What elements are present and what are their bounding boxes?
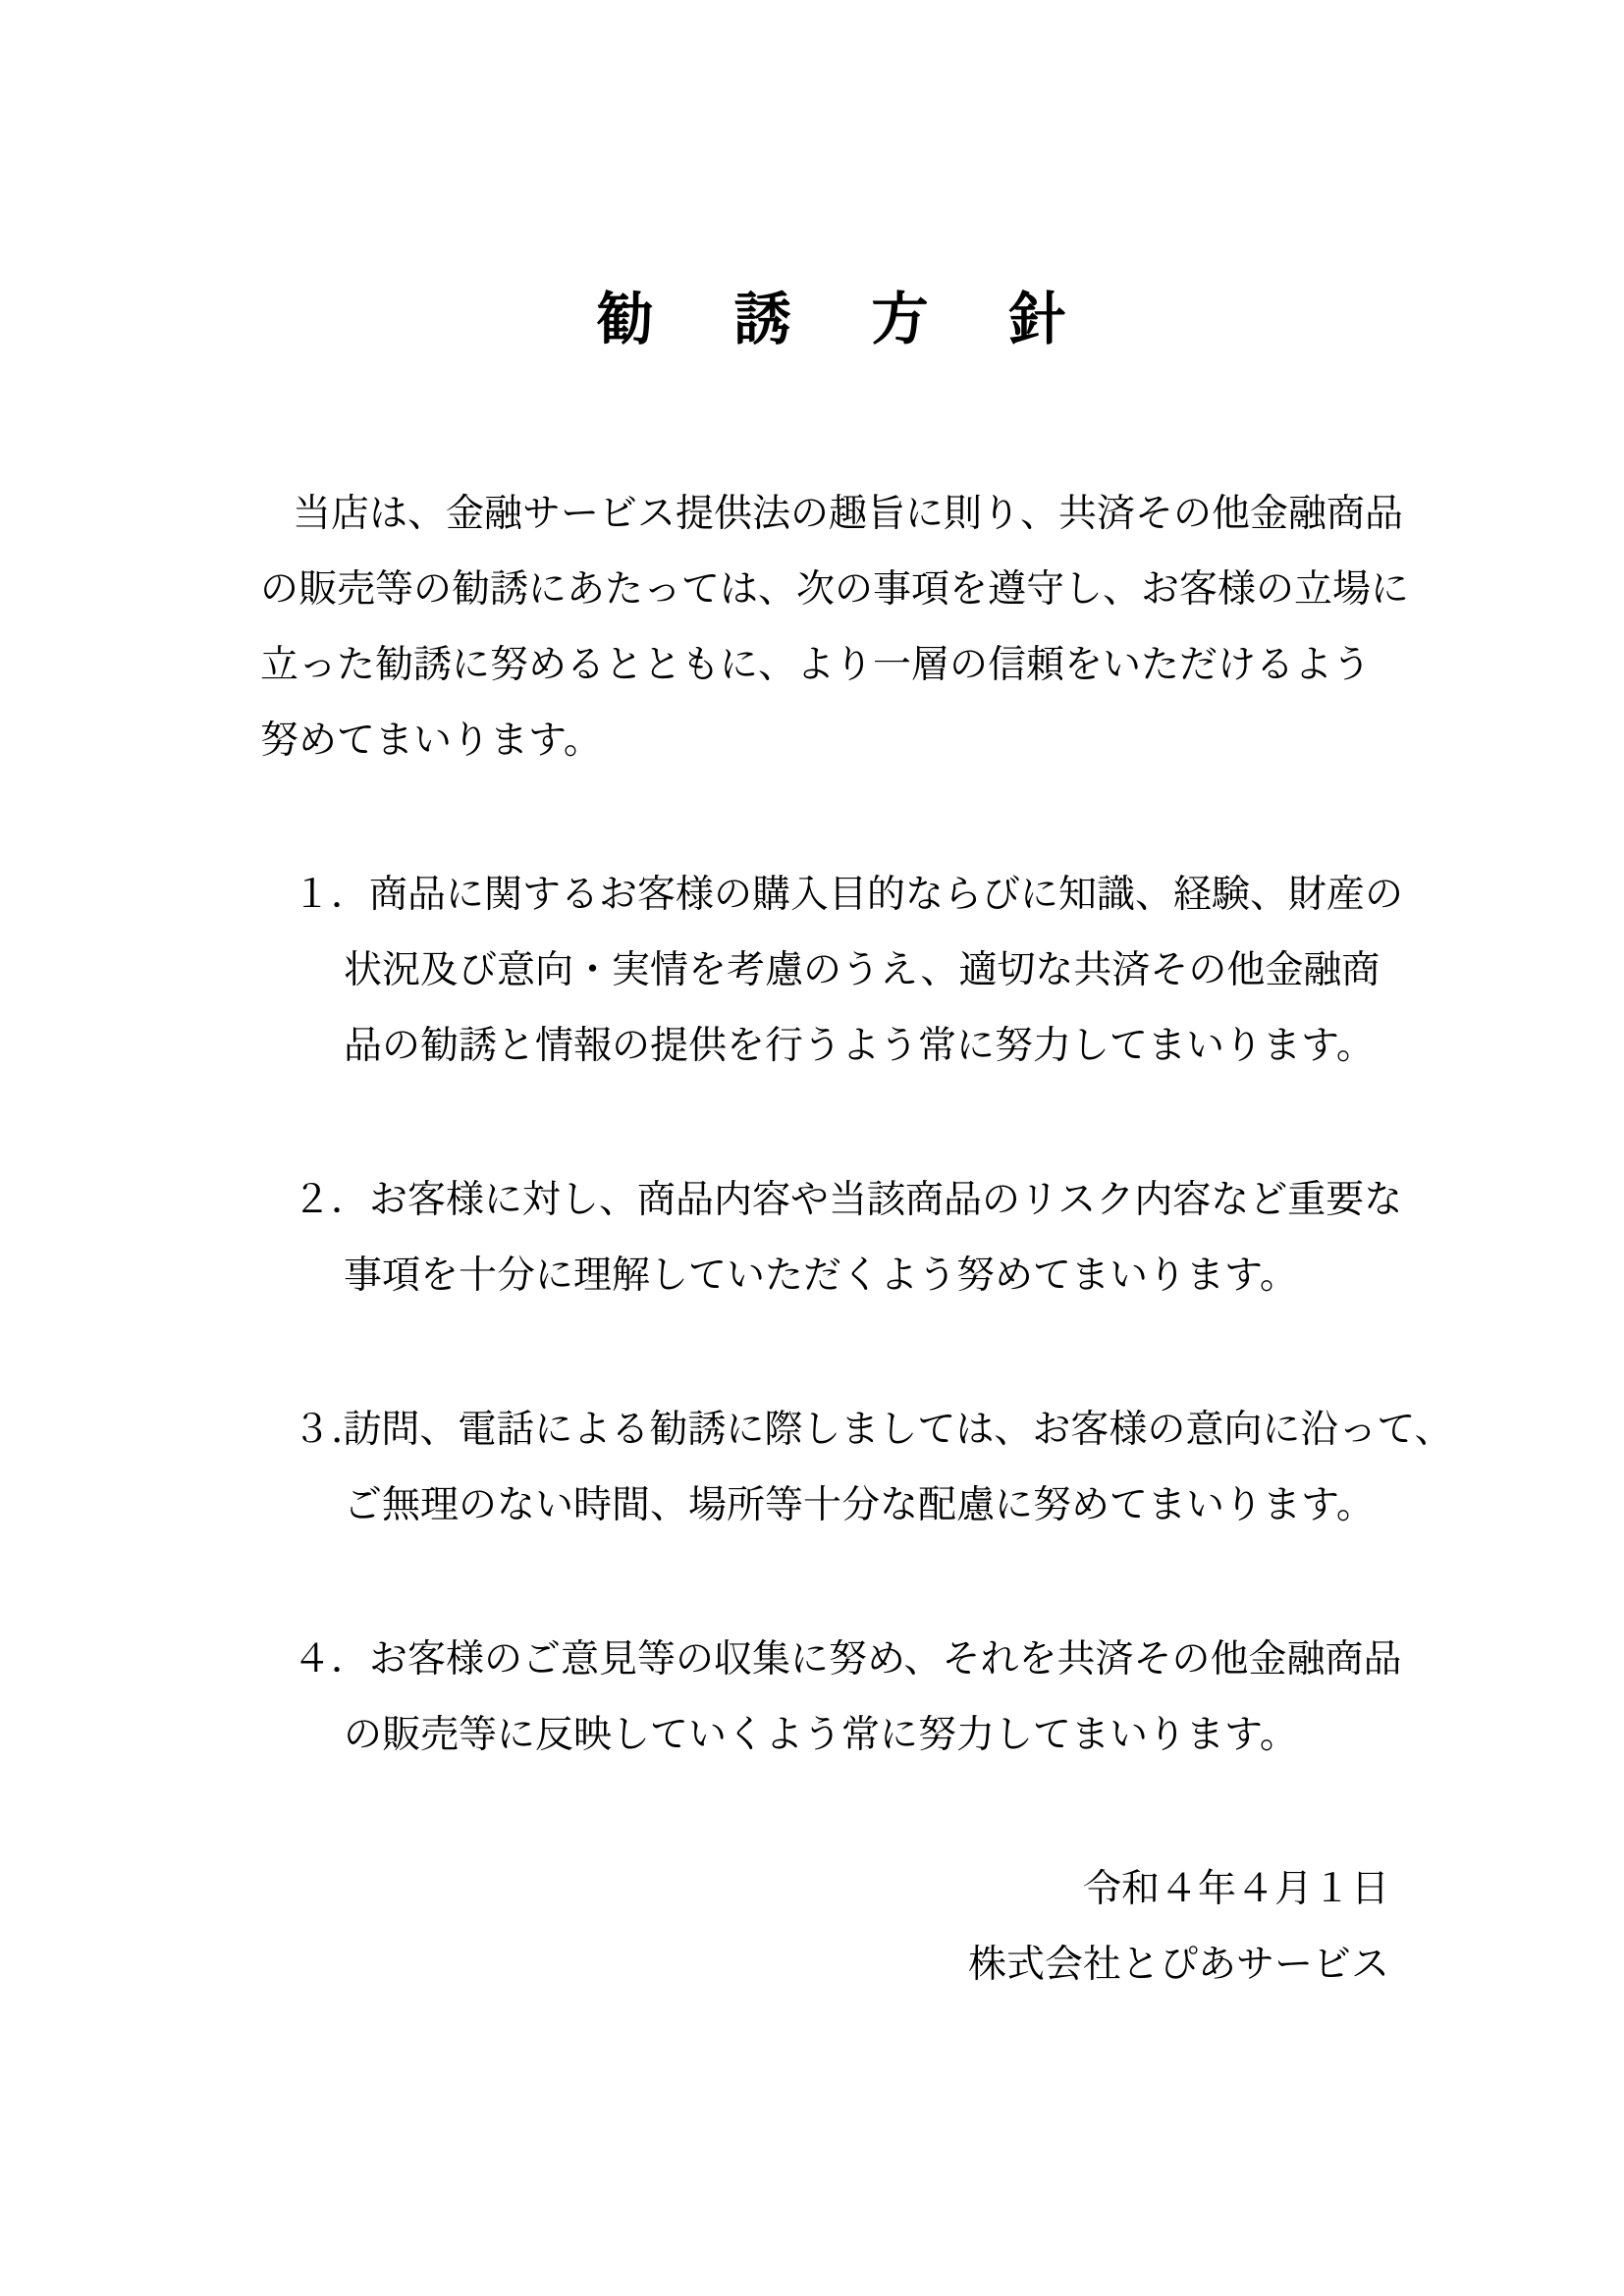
intro-line-2: の販売等の勧誘にあたっては、次の事項を遵守し、お客様の立場に [260, 552, 1414, 627]
policy-item-4: ４．お客様のご意見等の収集に努め、それを共済その他金融商品 の販売等に反映してい… [260, 1622, 1414, 1773]
document-page: 勧 誘 方 針 当店は、金融サービス提供法の趣旨に則り、共済その他金融商品 の販… [0, 0, 1624, 2296]
policy-item-2: ２．お客様に対し、商品内容や当該商品のリスク内容など重要な 事項を十分に理解して… [260, 1162, 1414, 1313]
policy-item-3: ３.訪問、電話による勧誘に際しましては、お客様の意向に沿って、 ご無理のない時間… [260, 1392, 1414, 1543]
intro-paragraph: 当店は、金融サービス提供法の趣旨に則り、共済その他金融商品 の販売等の勧誘にあた… [260, 476, 1414, 778]
item-3-line-1: ３.訪問、電話による勧誘に際しましては、お客様の意向に沿って、 [344, 1392, 1414, 1468]
item-4-line-1: ４．お客様のご意見等の収集に努め、それを共済その他金融商品 [344, 1622, 1414, 1697]
intro-line-3: 立った勧誘に努めるとともに、より一層の信頼をいただけるよう [260, 627, 1414, 703]
item-3-text: 訪問、電話による勧誘に際しましては、お客様の意向に沿って、 [343, 1408, 1452, 1452]
item-4-text: お客様のご意見等の収集に努め、それを共済その他金融商品 [369, 1637, 1401, 1682]
item-4-number: ４． [293, 1637, 369, 1682]
item-2-line-2: 事項を十分に理解していただくよう努めてまいります。 [344, 1238, 1414, 1313]
intro-line-1: 当店は、金融サービス提供法の趣旨に則り、共済その他金融商品 [260, 476, 1414, 552]
item-2-line-1: ２．お客様に対し、商品内容や当該商品のリスク内容など重要な [344, 1162, 1414, 1238]
item-1-line-3: 品の勧誘と情報の提供を行うよう常に努力してまいります。 [344, 1008, 1414, 1084]
signature-block: 令和４年４月１日 株式会社とぴあサービス [260, 1851, 1414, 2002]
policy-item-1: １．商品に関するお客様の購入目的ならびに知識、経験、財産の 状況及び意向・実情を… [260, 857, 1414, 1084]
item-3-number: ３. [293, 1408, 343, 1452]
page-title: 勧 誘 方 針 [260, 280, 1414, 358]
item-3-line-2: ご無理のない時間、場所等十分な配慮に努めてまいります。 [344, 1468, 1414, 1543]
intro-line-4: 努めてまいります。 [260, 703, 1414, 778]
item-2-number: ２． [293, 1178, 369, 1222]
item-1-line-2: 状況及び意向・実情を考慮のうえ、適切な共済その他金融商 [344, 933, 1414, 1008]
company-name: 株式会社とぴあサービス [260, 1927, 1389, 2002]
item-2-text: お客様に対し、商品内容や当該商品のリスク内容など重要な [369, 1178, 1402, 1222]
item-1-text: 商品に関するお客様の購入目的ならびに知識、経験、財産の [369, 873, 1403, 917]
item-1-number: １． [293, 873, 369, 917]
document-date: 令和４年４月１日 [260, 1851, 1389, 1927]
item-1-line-1: １．商品に関するお客様の購入目的ならびに知識、経験、財産の [344, 857, 1414, 933]
item-4-line-2: の販売等に反映していくよう常に努力してまいります。 [344, 1697, 1414, 1773]
